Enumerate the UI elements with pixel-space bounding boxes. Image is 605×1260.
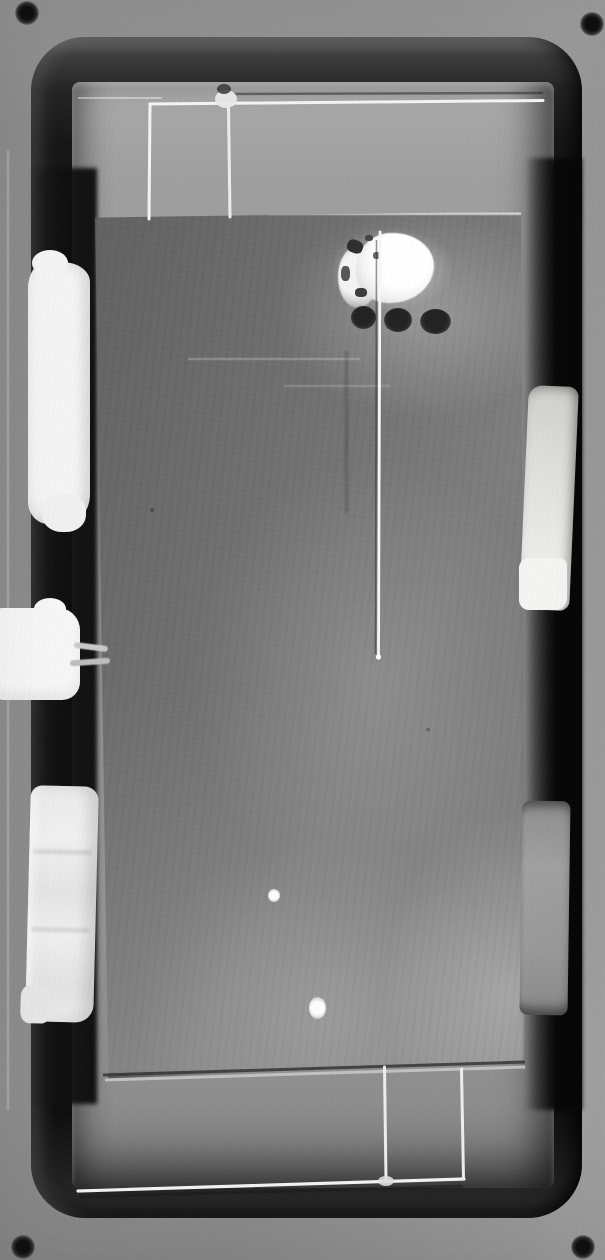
wire-top-junction-shadow	[217, 84, 231, 94]
cotton-pad-upper-right-tuft	[519, 558, 567, 610]
wire-bottom-leg-right	[462, 1069, 464, 1179]
cotton-pad-lower-right	[520, 801, 571, 1016]
cotton-pad-upper-left	[28, 262, 90, 524]
wire-top-leg	[229, 106, 231, 217]
wire-bottom-junction-bead	[378, 1176, 394, 1186]
wire-center	[379, 232, 381, 658]
wire-center-tip	[376, 654, 381, 659]
wire-bottom	[78, 1179, 464, 1191]
photo-canvas: Top view of an open rectangular metal en…	[0, 0, 605, 1260]
cotton-pad-lower-left	[25, 785, 99, 1023]
wire-top	[149, 101, 543, 220]
pad-segment-seam	[31, 927, 89, 932]
wire-bottom-leg-left	[385, 1067, 387, 1181]
cotton-pad-middle-left	[0, 608, 80, 700]
wire-center-shadow	[376, 240, 377, 654]
wire-overlay	[0, 0, 605, 1260]
pad-segment-seam	[33, 849, 91, 854]
wire-top-shadow	[233, 93, 543, 94]
